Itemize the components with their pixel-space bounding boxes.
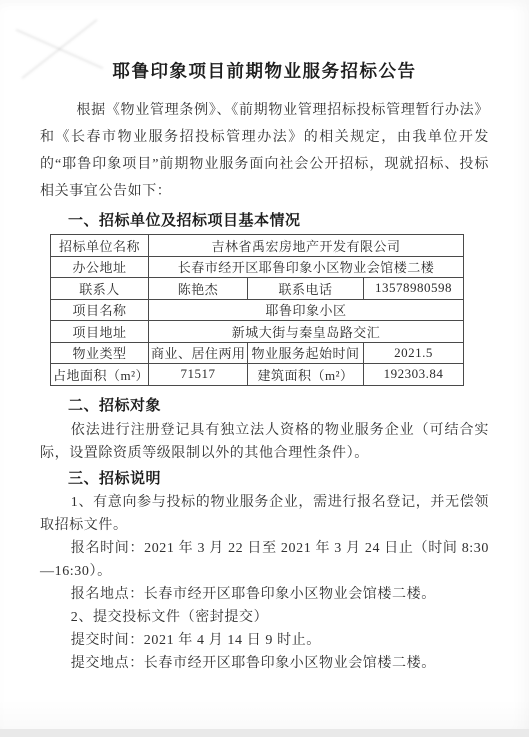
document-title: 耶鲁印象项目前期物业服务招标公告: [40, 58, 489, 83]
section-3-paragraph: 报名地点：长春市经开区耶鲁印象小区物业会馆楼二楼。: [40, 583, 489, 606]
row-value: 耶鲁印象小区: [149, 299, 464, 321]
scan-noise-gradient: [0, 699, 529, 729]
table-row: 项目地址 新城大街与秦皇岛路交汇: [51, 321, 464, 343]
row-value: 商业、居住两用: [149, 342, 248, 364]
table-row: 项目名称 耶鲁印象小区: [51, 299, 464, 321]
scanned-document-page: 耶鲁印象项目前期物业服务招标公告 根据《物业管理条例》、《前期物业管理招标投标管…: [0, 0, 529, 737]
scan-edge: [0, 729, 529, 737]
row-value: 陈艳杰: [149, 278, 248, 300]
row-value: 13578980598: [364, 278, 464, 300]
row-value: 2021.5: [364, 342, 464, 364]
document-content: 耶鲁印象项目前期物业服务招标公告 根据《物业管理条例》、《前期物业管理招标投标管…: [0, 58, 529, 675]
section-3-paragraph: 报名时间：2021 年 3 月 22 日至 2021 年 3 月 24 日止（时…: [40, 537, 489, 583]
section-1-heading: 一、招标单位及招标项目基本情况: [40, 209, 489, 230]
section-2-paragraph: 依法进行注册登记具有独立法人资格的物业服务企业（可结合实际，设置除资质等级限制以…: [40, 419, 489, 465]
row-label: 物业类型: [51, 342, 149, 364]
row-label: 联系电话: [248, 278, 364, 300]
row-value: 192303.84: [364, 364, 464, 386]
section-2-heading: 二、招标对象: [40, 394, 489, 415]
row-value: 吉林省禹宏房地产开发有限公司: [149, 235, 464, 257]
row-label: 招标单位名称: [51, 235, 149, 257]
row-value: 新城大街与秦皇岛路交汇: [149, 321, 464, 343]
section-3-paragraph: 1、有意向参与投标的物业服务企业，需进行报名登记，并无偿领取招标文件。: [40, 491, 489, 537]
table-row: 联系人 陈艳杰 联系电话 13578980598: [51, 278, 464, 300]
section-3-paragraph: 提交地点：长春市经开区耶鲁印象小区物业会馆楼二楼。: [40, 652, 489, 675]
row-label: 占地面积（m²）: [51, 364, 149, 386]
intro-paragraph: 根据《物业管理条例》、《前期物业管理招标投标管理暂行办法》和《长春市物业服务招投…: [40, 97, 489, 205]
row-label: 项目名称: [51, 299, 149, 321]
row-value: 71517: [149, 364, 248, 386]
table-row: 占地面积（m²） 71517 建筑面积（m²） 192303.84: [51, 364, 464, 386]
section-3-paragraph: 提交时间：2021 年 4 月 14 日 9 时止。: [40, 629, 489, 652]
section-3-paragraph: 2、提交投标文件（密封提交）: [40, 606, 489, 629]
row-label: 项目地址: [51, 321, 149, 343]
project-info-table: 招标单位名称 吉林省禹宏房地产开发有限公司 办公地址 长春市经开区耶鲁印象小区物…: [50, 234, 464, 386]
row-label: 建筑面积（m²）: [248, 364, 364, 386]
row-label: 物业服务起始时间: [248, 342, 364, 364]
table-row: 物业类型 商业、居住两用 物业服务起始时间 2021.5: [51, 342, 464, 364]
table-row: 招标单位名称 吉林省禹宏房地产开发有限公司: [51, 235, 464, 257]
row-label: 联系人: [51, 278, 149, 300]
section-3-heading: 三、招标说明: [40, 467, 489, 488]
row-label: 办公地址: [51, 256, 149, 278]
table-row: 办公地址 长春市经开区耶鲁印象小区物业会馆楼二楼: [51, 256, 464, 278]
row-value: 长春市经开区耶鲁印象小区物业会馆楼二楼: [149, 256, 464, 278]
